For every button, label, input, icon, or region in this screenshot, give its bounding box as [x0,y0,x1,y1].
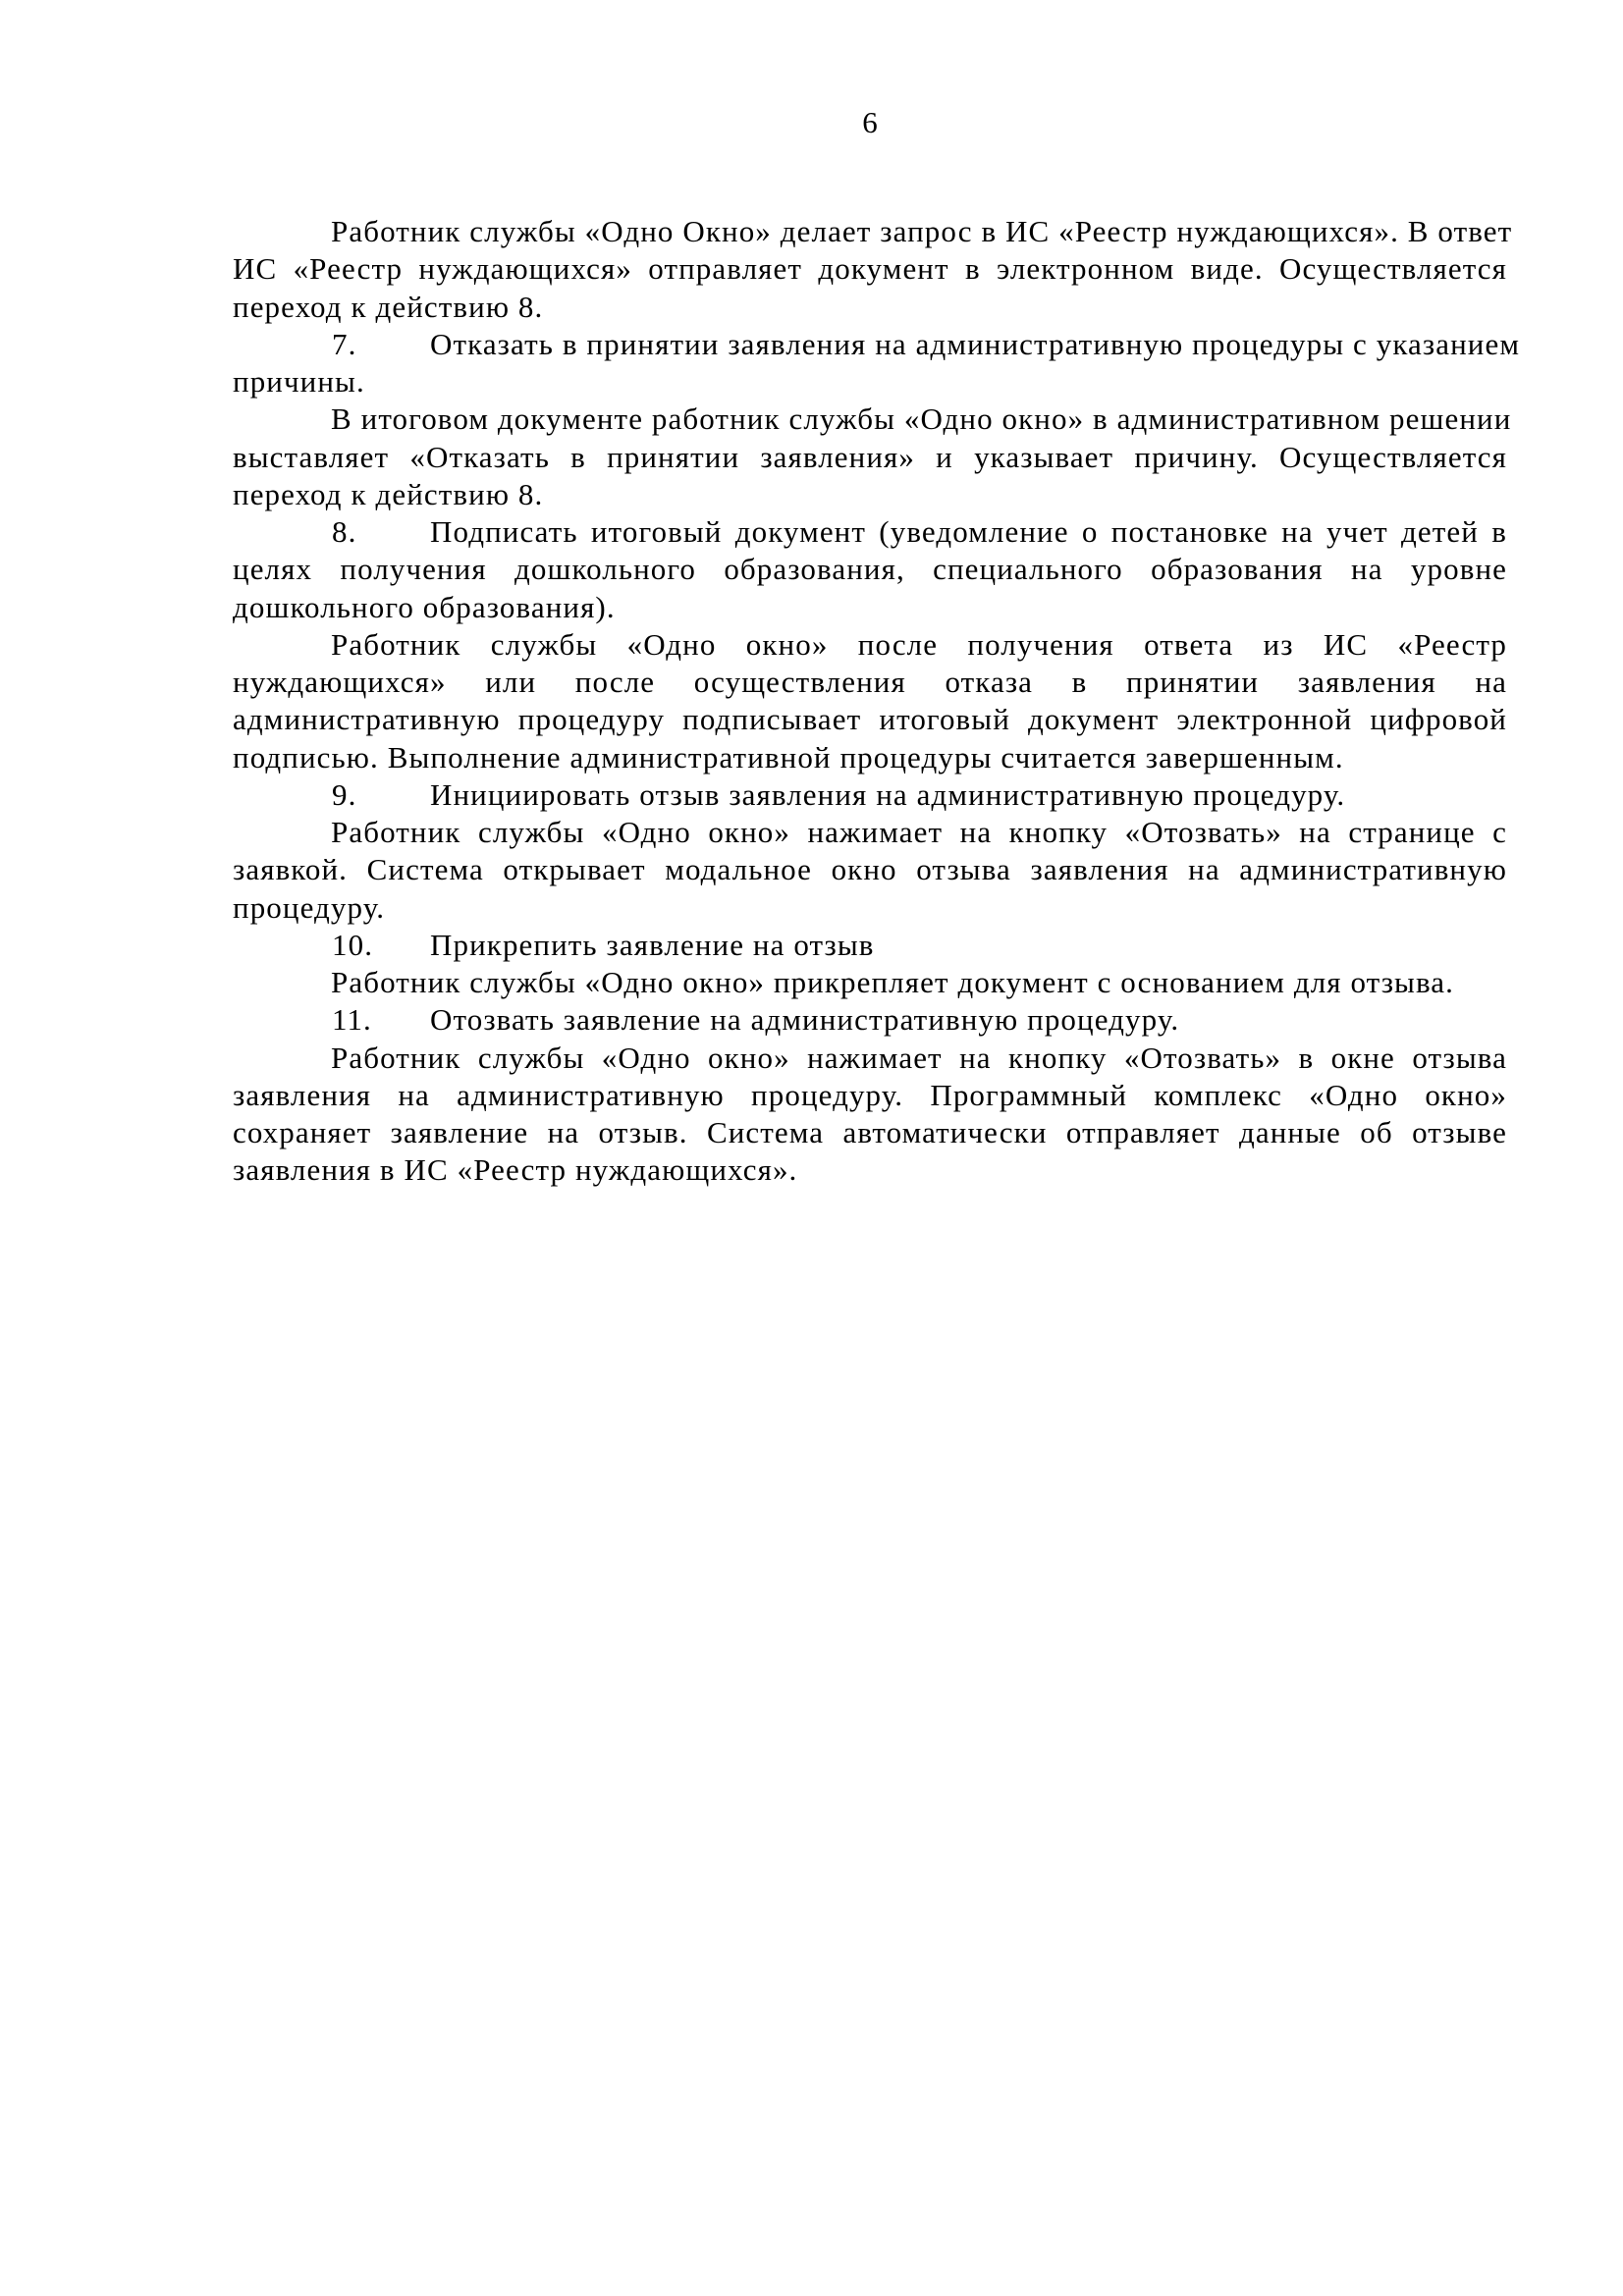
numbered-step: 7.Отказать в принятии заявления на админ… [233,326,1507,401]
step-title: Отозвать заявление на административную п… [430,1001,1507,1039]
step-number: 8. [332,513,430,551]
step-title: Инициировать отзыв заявления на админист… [430,776,1507,814]
text-line: ИС «Реестр нуждающихся» отправляет докум… [233,250,1507,288]
text-line: дошкольного образования). [233,589,1507,626]
text-line: сохраняет заявление на отзыв. Система ав… [233,1114,1507,1151]
page-number: 6 [233,104,1507,141]
paragraph: В итоговом документе работник службы «Од… [233,400,1507,513]
text-line: подписью. Выполнение административной пр… [233,739,1507,776]
text-line: заявкой. Система открывает модальное окн… [233,851,1507,888]
numbered-step: 11.Отозвать заявление на административну… [233,1001,1507,1039]
text-line: заявления на административную процедуру.… [233,1077,1507,1114]
step-heading-line: 9.Инициировать отзыв заявления на админи… [233,776,1507,814]
paragraph: Работник службы «Одно окно» прикрепляет … [233,964,1507,1001]
step-number: 11. [332,1001,430,1039]
paragraph: Работник службы «Одно окно» нажимает на … [233,814,1507,927]
text-line: выставляет «Отказать в принятии заявлени… [233,439,1507,476]
step-number: 7. [332,326,430,363]
step-heading-line: 10.Прикрепить заявление на отзыв [233,927,1507,964]
step-title: Прикрепить заявление на отзыв [430,927,1507,964]
text-line: В итоговом документе работник службы «Од… [233,400,1507,438]
text-line: причины. [233,363,1507,400]
text-line: нуждающихся» или после осуществления отк… [233,664,1507,701]
paragraph: Работник службы «Одно окно» после получе… [233,626,1507,776]
step-heading-line: 11.Отозвать заявление на административну… [233,1001,1507,1039]
numbered-step: 9.Инициировать отзыв заявления на админи… [233,776,1507,814]
text-line: заявления в ИС «Реестр нуждающихся». [233,1151,1507,1189]
paragraph: Работник службы «Одно окно» нажимает на … [233,1040,1507,1190]
text-line: процедуру. [233,889,1507,927]
text-line: административную процедуру подписывает и… [233,701,1507,738]
paragraph: Работник службы «Одно Окно» делает запро… [233,213,1507,326]
text-line: Работник службы «Одно Окно» делает запро… [233,213,1507,250]
text-line: Работник службы «Одно окно» после получе… [233,626,1507,664]
numbered-step: 8.Подписать итоговый документ (уведомлен… [233,513,1507,626]
document-body: Работник службы «Одно Окно» делает запро… [233,213,1507,1190]
step-title: Отказать в принятии заявления на админис… [430,326,1520,363]
step-heading-line: 7.Отказать в принятии заявления на админ… [233,326,1507,363]
step-number: 9. [332,776,430,814]
text-line: Работник службы «Одно окно» прикрепляет … [233,964,1507,1001]
numbered-step: 10.Прикрепить заявление на отзыв [233,927,1507,964]
step-title: Подписать итоговый документ (уведомление… [430,513,1507,551]
text-line: переход к действию 8. [233,289,1507,326]
text-line: переход к действию 8. [233,476,1507,513]
text-line: Работник службы «Одно окно» нажимает на … [233,1040,1507,1077]
step-heading-line: 8.Подписать итоговый документ (уведомлен… [233,513,1507,551]
step-number: 10. [332,927,430,964]
text-line: целях получения дошкольного образования,… [233,551,1507,588]
text-line: Работник службы «Одно окно» нажимает на … [233,814,1507,851]
